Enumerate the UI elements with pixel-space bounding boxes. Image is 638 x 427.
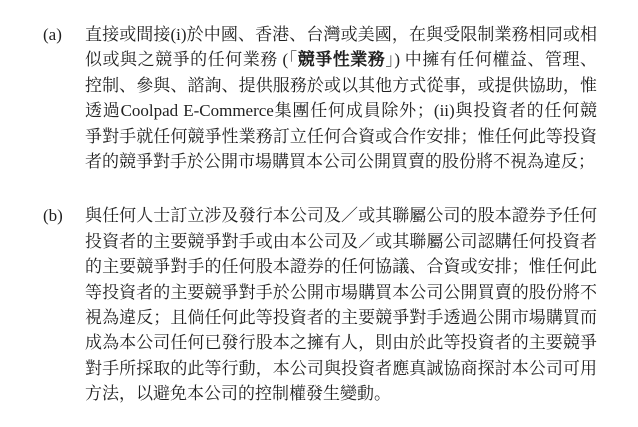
text-segment: 與任何人士訂立涉及發行本公司及／或其聯屬公司的股本證券予任何投資者的主要競爭對手… [85,206,597,403]
clause-b-label: (b) [43,203,85,406]
clause-b-text: 與任何人士訂立涉及發行本公司及／或其聯屬公司的股本證券予任何投資者的主要競爭對手… [85,203,597,406]
clause-a: (a) 直接或間接(i)於中國、香港、台灣或美國，在與受限制業務相同或相似或與之… [43,22,597,174]
clause-a-text: 直接或間接(i)於中國、香港、台灣或美國，在與受限制業務相同或相似或與之競爭的任… [85,22,597,174]
defined-term-competing-business: 競爭性業務 [298,50,386,69]
document-page: (a) 直接或間接(i)於中國、香港、台灣或美國，在與受限制業務相同或相似或與之… [0,0,638,427]
clause-a-label: (a) [43,22,85,174]
clause-b: (b) 與任何人士訂立涉及發行本公司及／或其聯屬公司的股本證券予任何投資者的主要… [43,203,597,406]
